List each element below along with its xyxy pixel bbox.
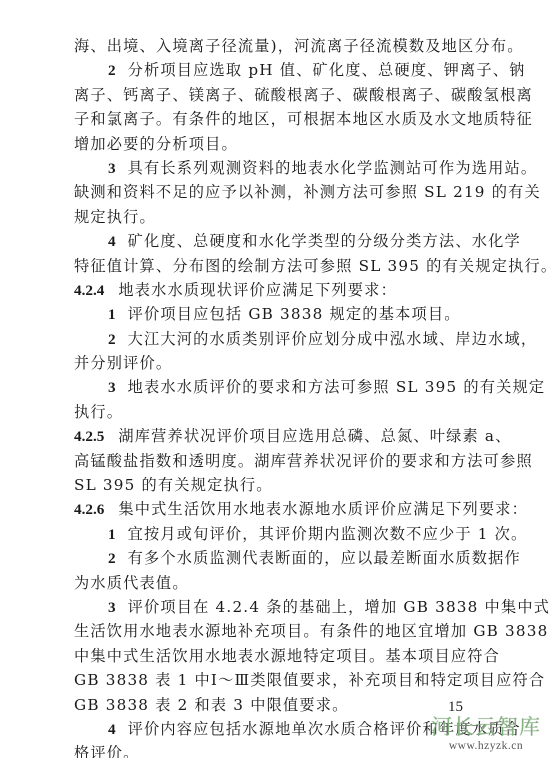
line-text: 大江大河的水质类别评价应划分成中泓水域、岸边水域， — [128, 330, 538, 348]
text-line: 离子、钙离子、镁离子、硫酸根离子、碳酸根离子、碳酸氢根离 — [74, 83, 482, 107]
line-text: 集中式生活饮用水地表水源地水质评价应满足下列要求： — [118, 500, 528, 518]
line-text: 离子、钙离子、镁离子、硫酸根离子、碳酸根离子、碳酸氢根离 — [74, 86, 533, 104]
line-text: 生活饮用水地表水源地补充项目。有条件的地区宜增加 GB 3838 — [74, 622, 549, 640]
line-text: 高锰酸盐指数和透明度。湖库营养状况评价的要求和方法可参照 — [74, 452, 533, 470]
item-line: 3具有长系列观测资料的地表水化学监测站可作为选用站。 — [74, 156, 482, 180]
line-text: 格评价。 — [74, 744, 140, 758]
item-number: 4 — [108, 233, 116, 250]
item-line: 2大江大河的水质类别评价应划分成中泓水域、岸边水域， — [74, 327, 482, 351]
line-text: 增加必要的分析项目。 — [74, 135, 238, 153]
line-text: 子和氯离子。有条件的地区，可根据本地区水质及水文地质特征 — [74, 110, 533, 128]
item-number: 3 — [108, 379, 116, 396]
item-number: 2 — [108, 331, 116, 348]
item-number: 3 — [108, 160, 116, 177]
line-text: GB 3838 表 2 和表 3 中限值要求。 — [74, 696, 349, 714]
line-text: 宜按月或旬评价，其评价期内监测次数不应少于 1 次。 — [128, 525, 528, 543]
line-text: 并分别评价。 — [74, 354, 172, 372]
item-line: 3地表水水质评价的要求和方法可参照 SL 395 的有关规定 — [74, 375, 482, 399]
clause-number: 4.2.4 — [74, 282, 104, 299]
item-number: 4 — [108, 721, 116, 738]
line-text: 分析项目应选取 pH 值、矿化度、总硬度、钾离子、钠 — [128, 61, 526, 79]
watermark-url: www.hzyzk.cn — [418, 740, 554, 753]
clause-line: 4.2.5湖库营养状况评价项目应选用总磷、总氮、叶绿素 a、 — [74, 424, 482, 448]
item-line: 2有多个水质监测代表断面的，应以最差断面水质数据作 — [74, 546, 482, 570]
line-text: 中集中式生活饮用水地表水源地特定项目。基本项目应符合 — [74, 647, 500, 665]
item-number: 2 — [108, 550, 116, 567]
item-line: 4矿化度、总硬度和水化学类型的分级分类方法、水化学 — [74, 229, 482, 253]
clause-line: 4.2.6集中式生活饮用水地表水源地水质评价应满足下列要求： — [74, 497, 482, 521]
text-line: 高锰酸盐指数和透明度。湖库营养状况评价的要求和方法可参照 — [74, 449, 482, 473]
text-line: GB 3838 表 1 中Ⅰ～Ⅲ类限值要求，补充项目和特定项目应符合 — [74, 668, 482, 692]
text-line: 规定执行。 — [74, 205, 482, 229]
item-number: 1 — [108, 306, 116, 323]
item-number: 3 — [108, 599, 116, 616]
line-text: 湖库营养状况评价项目应选用总磷、总氮、叶绿素 a、 — [118, 427, 511, 445]
line-text: 为水质代表值。 — [74, 574, 189, 592]
text-line: 特征值计算、分布图的绘制方法可参照 SL 395 的有关规定执行。 — [74, 254, 482, 278]
line-text: SL 395 的有关规定执行。 — [74, 476, 273, 494]
line-text: 矿化度、总硬度和水化学类型的分级分类方法、水化学 — [128, 232, 521, 250]
item-line: 3评价项目在 4.2.4 条的基础上，增加 GB 3838 中集中式 — [74, 595, 482, 619]
text-line: 海、出境、入境离子径流量)，河流离子径流模数及地区分布。 — [74, 34, 482, 58]
line-text: 海、出境、入境离子径流量)，河流离子径流模数及地区分布。 — [74, 37, 524, 55]
line-text: 地表水水质现状评价应满足下列要求： — [118, 281, 397, 299]
text-line: 为水质代表值。 — [74, 571, 482, 595]
line-text: GB 3838 表 1 中Ⅰ～Ⅲ类限值要求，补充项目和特定项目应符合 — [74, 671, 545, 689]
line-text: 特征值计算、分布图的绘制方法可参照 SL 395 的有关规定执行。 — [74, 257, 554, 275]
line-text: 有多个水质监测代表断面的，应以最差断面水质数据作 — [128, 549, 521, 567]
text-line: SL 395 的有关规定执行。 — [74, 473, 482, 497]
item-line: 1宜按月或旬评价，其评价期内监测次数不应少于 1 次。 — [74, 522, 482, 546]
item-line: 1评价项目应包括 GB 3838 规定的基本项目。 — [74, 302, 482, 326]
document-body: 海、出境、入境离子径流量)，河流离子径流模数及地区分布。2分析项目应选取 pH … — [74, 34, 482, 758]
text-line: 并分别评价。 — [74, 351, 482, 375]
text-line: 子和氯离子。有条件的地区，可根据本地区水质及水文地质特征 — [74, 107, 482, 131]
clause-line: 4.2.4地表水水质现状评价应满足下列要求： — [74, 278, 482, 302]
text-line: 增加必要的分析项目。 — [74, 132, 482, 156]
watermark-title: 河长云智库 — [418, 714, 554, 740]
line-text: 具有长系列观测资料的地表水化学监测站可作为选用站。 — [128, 159, 538, 177]
text-line: 执行。 — [74, 400, 482, 424]
line-text: 评价项目在 4.2.4 条的基础上，增加 GB 3838 中集中式 — [128, 598, 551, 616]
text-line: 生活饮用水地表水源地补充项目。有条件的地区宜增加 GB 3838 — [74, 619, 482, 643]
text-line: 中集中式生活饮用水地表水源地特定项目。基本项目应符合 — [74, 644, 482, 668]
clause-number: 4.2.6 — [74, 501, 104, 518]
line-text: 规定执行。 — [74, 208, 156, 226]
line-text: 缺测和资料不足的应予以补测，补测方法可参照 SL 219 的有关 — [74, 183, 541, 201]
line-text: 执行。 — [74, 403, 123, 421]
item-line: 2分析项目应选取 pH 值、矿化度、总硬度、钾离子、钠 — [74, 58, 482, 82]
item-number: 2 — [108, 62, 116, 79]
line-text: 地表水水质评价的要求和方法可参照 SL 395 的有关规定 — [128, 378, 546, 396]
clause-number: 4.2.5 — [74, 428, 104, 445]
text-line: 缺测和资料不足的应予以补测，补测方法可参照 SL 219 的有关 — [74, 180, 482, 204]
watermark: 河长云智库 www.hzyzk.cn — [418, 714, 554, 753]
line-text: 评价项目应包括 GB 3838 规定的基本项目。 — [128, 305, 461, 323]
item-number: 1 — [108, 526, 116, 543]
